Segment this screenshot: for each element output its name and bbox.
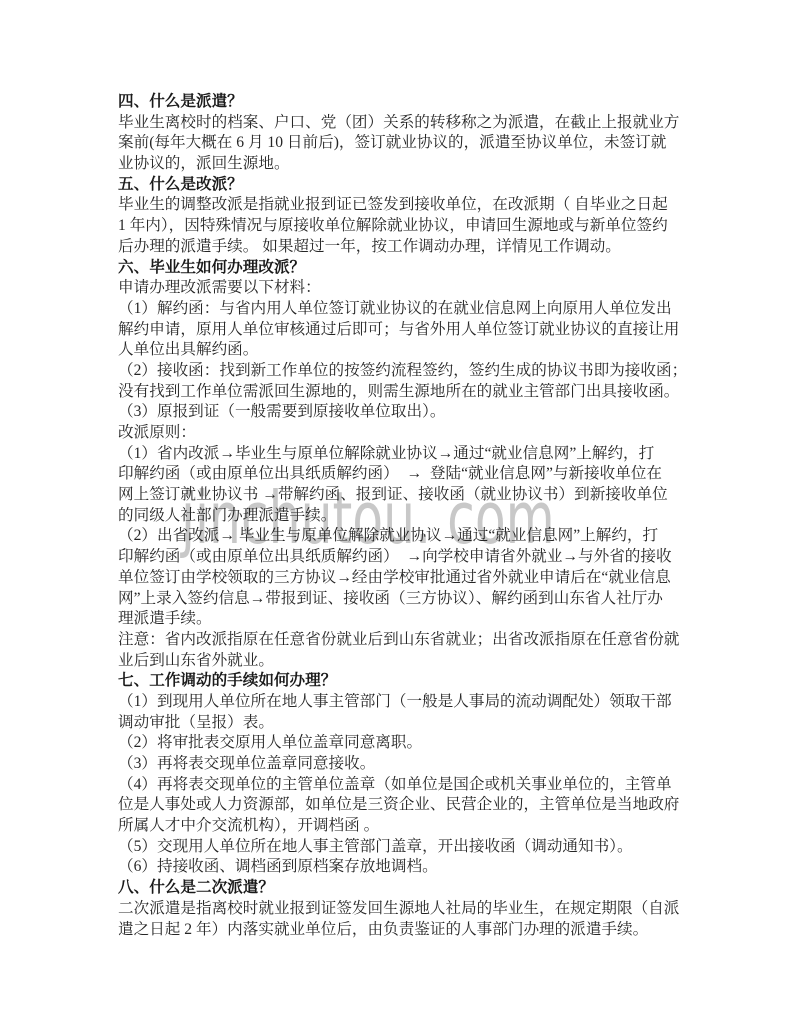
text-line: 毕业生的调整改派是指就业报到证已签发到接收单位，在改派期（ 自毕业之日起 xyxy=(118,195,696,216)
text-line: 遣之日起 2 年）内落实就业单位后，由负责鉴证的人事部门办理的派遣手续。 xyxy=(118,920,696,941)
text-line: 业后到山东省外就业。 xyxy=(118,651,696,672)
section-heading: 六、毕业生如何办理改派？ xyxy=(118,258,696,279)
text-line: 印解约函（或由原单位出具纸质解约函） → 登陆“就业信息网”与新接收单位在 xyxy=(118,464,696,485)
text-line: 注意：省内改派指原在任意省份就业后到山东省就业；出省改派指原在任意省份就 xyxy=(118,630,696,651)
text-line: 网”上录入签约信息→带报到证、接收函（三方协议）、解约函到山东省人社厅办 xyxy=(118,589,696,610)
text-line: （2）出省改派→ 毕业生与原单位解除就业协议→通过“就业信息网”上解约，打 xyxy=(118,526,696,547)
text-line: （1）到现用人单位所在地人事主管部门（一般是人事局的流动调配处）领取干部 xyxy=(118,692,696,713)
text-line: 毕业生离校时的档案、户口、党（团）关系的转移称之为派遣，在截止上报就业方 xyxy=(118,113,696,134)
text-line: （1）省内改派→毕业生与原单位解除就业协议→通过“就业信息网”上解约，打 xyxy=(118,444,696,465)
text-line: 印解约函（或由原单位出具纸质解约函） →向学校申请省外就业→与外省的接收 xyxy=(118,547,696,568)
text-line: （5）交现用人单位所在地人事主管部门盖章，开出接收函（调动通知书）。 xyxy=(118,837,696,858)
text-line: 单位签订由学校领取的三方协议→经由学校审批通过省外就业申请后在“就业信息 xyxy=(118,568,696,589)
section-heading: 四、什么是派遣？ xyxy=(118,92,696,113)
text-line: （6）持接收函、调档函到原档案存放地调档。 xyxy=(118,857,696,878)
section-heading: 五、什么是改派？ xyxy=(118,175,696,196)
text-line: 的同级人社部门办理派遣手续。 xyxy=(118,506,696,527)
text-line: （3）再将表交现单位盖章同意接收。 xyxy=(118,754,696,775)
document-content: 四、什么是派遣？毕业生离校时的档案、户口、党（团）关系的转移称之为派遣，在截止上… xyxy=(118,92,696,940)
text-line: 案前(每年大概在 6 月 10 日前后)，签订就业协议的，派遣至协议单位，未签订… xyxy=(118,133,696,154)
text-line: 所属人才中介交流机构），开调档函 。 xyxy=(118,816,696,837)
text-line: 业协议的，派回生源地。 xyxy=(118,154,696,175)
text-line: 二次派遣是指离校时就业报到证签发回生源地人社局的毕业生，在规定期限（自派 xyxy=(118,899,696,920)
text-line: （4）再将表交现单位的主管单位盖章（如单位是国企或机关事业单位的，主管单 xyxy=(118,775,696,796)
text-line: （2）将审批表交原用人单位盖章同意离职。 xyxy=(118,733,696,754)
text-line: （1）解约函：与省内用人单位签订就业协议的在就业信息网上向原用人单位发出 xyxy=(118,299,696,320)
text-line: （2）接收函：找到新工作单位的按签约流程签约，签约生成的协议书即为接收函； xyxy=(118,361,696,382)
document-page: jinchutou. com 四、什么是派遣？毕业生离校时的档案、户口、党（团）… xyxy=(0,0,800,1036)
text-line: 改派原则： xyxy=(118,423,696,444)
section-heading: 八、什么是二次派遣？ xyxy=(118,878,696,899)
text-line: 人单位出具解约函。 xyxy=(118,340,696,361)
text-line: 没有找到工作单位需派回生源地的，则需生源地所在的就业主管部门出具接收函。 xyxy=(118,382,696,403)
text-line: 后办理的派遣手续。 如果超过一年，按工作调动办理，详情见工作调动。 xyxy=(118,237,696,258)
text-line: 网上签订就业协议书 →带解约函、报到证、接收函（就业协议书）到新接收单位 xyxy=(118,485,696,506)
text-line: 理派遣手续。 xyxy=(118,609,696,630)
text-line: 解约申请，原用人单位审核通过后即可；与省外用人单位签订就业协议的直接让用 xyxy=(118,320,696,341)
text-line: （3）原报到证（一般需要到原接收单位取出）。 xyxy=(118,402,696,423)
section-heading: 七、工作调动的手续如何办理？ xyxy=(118,671,696,692)
text-line: 位是人事处或人力资源部，如单位是三资企业、民营企业的，主管单位是当地政府 xyxy=(118,795,696,816)
text-line: 调动审批（呈报）表。 xyxy=(118,713,696,734)
text-line: 申请办理改派需要以下材料： xyxy=(118,278,696,299)
text-line: 1 年内），因特殊情况与原接收单位解除就业协议，申请回生源地或与新单位签约 xyxy=(118,216,696,237)
